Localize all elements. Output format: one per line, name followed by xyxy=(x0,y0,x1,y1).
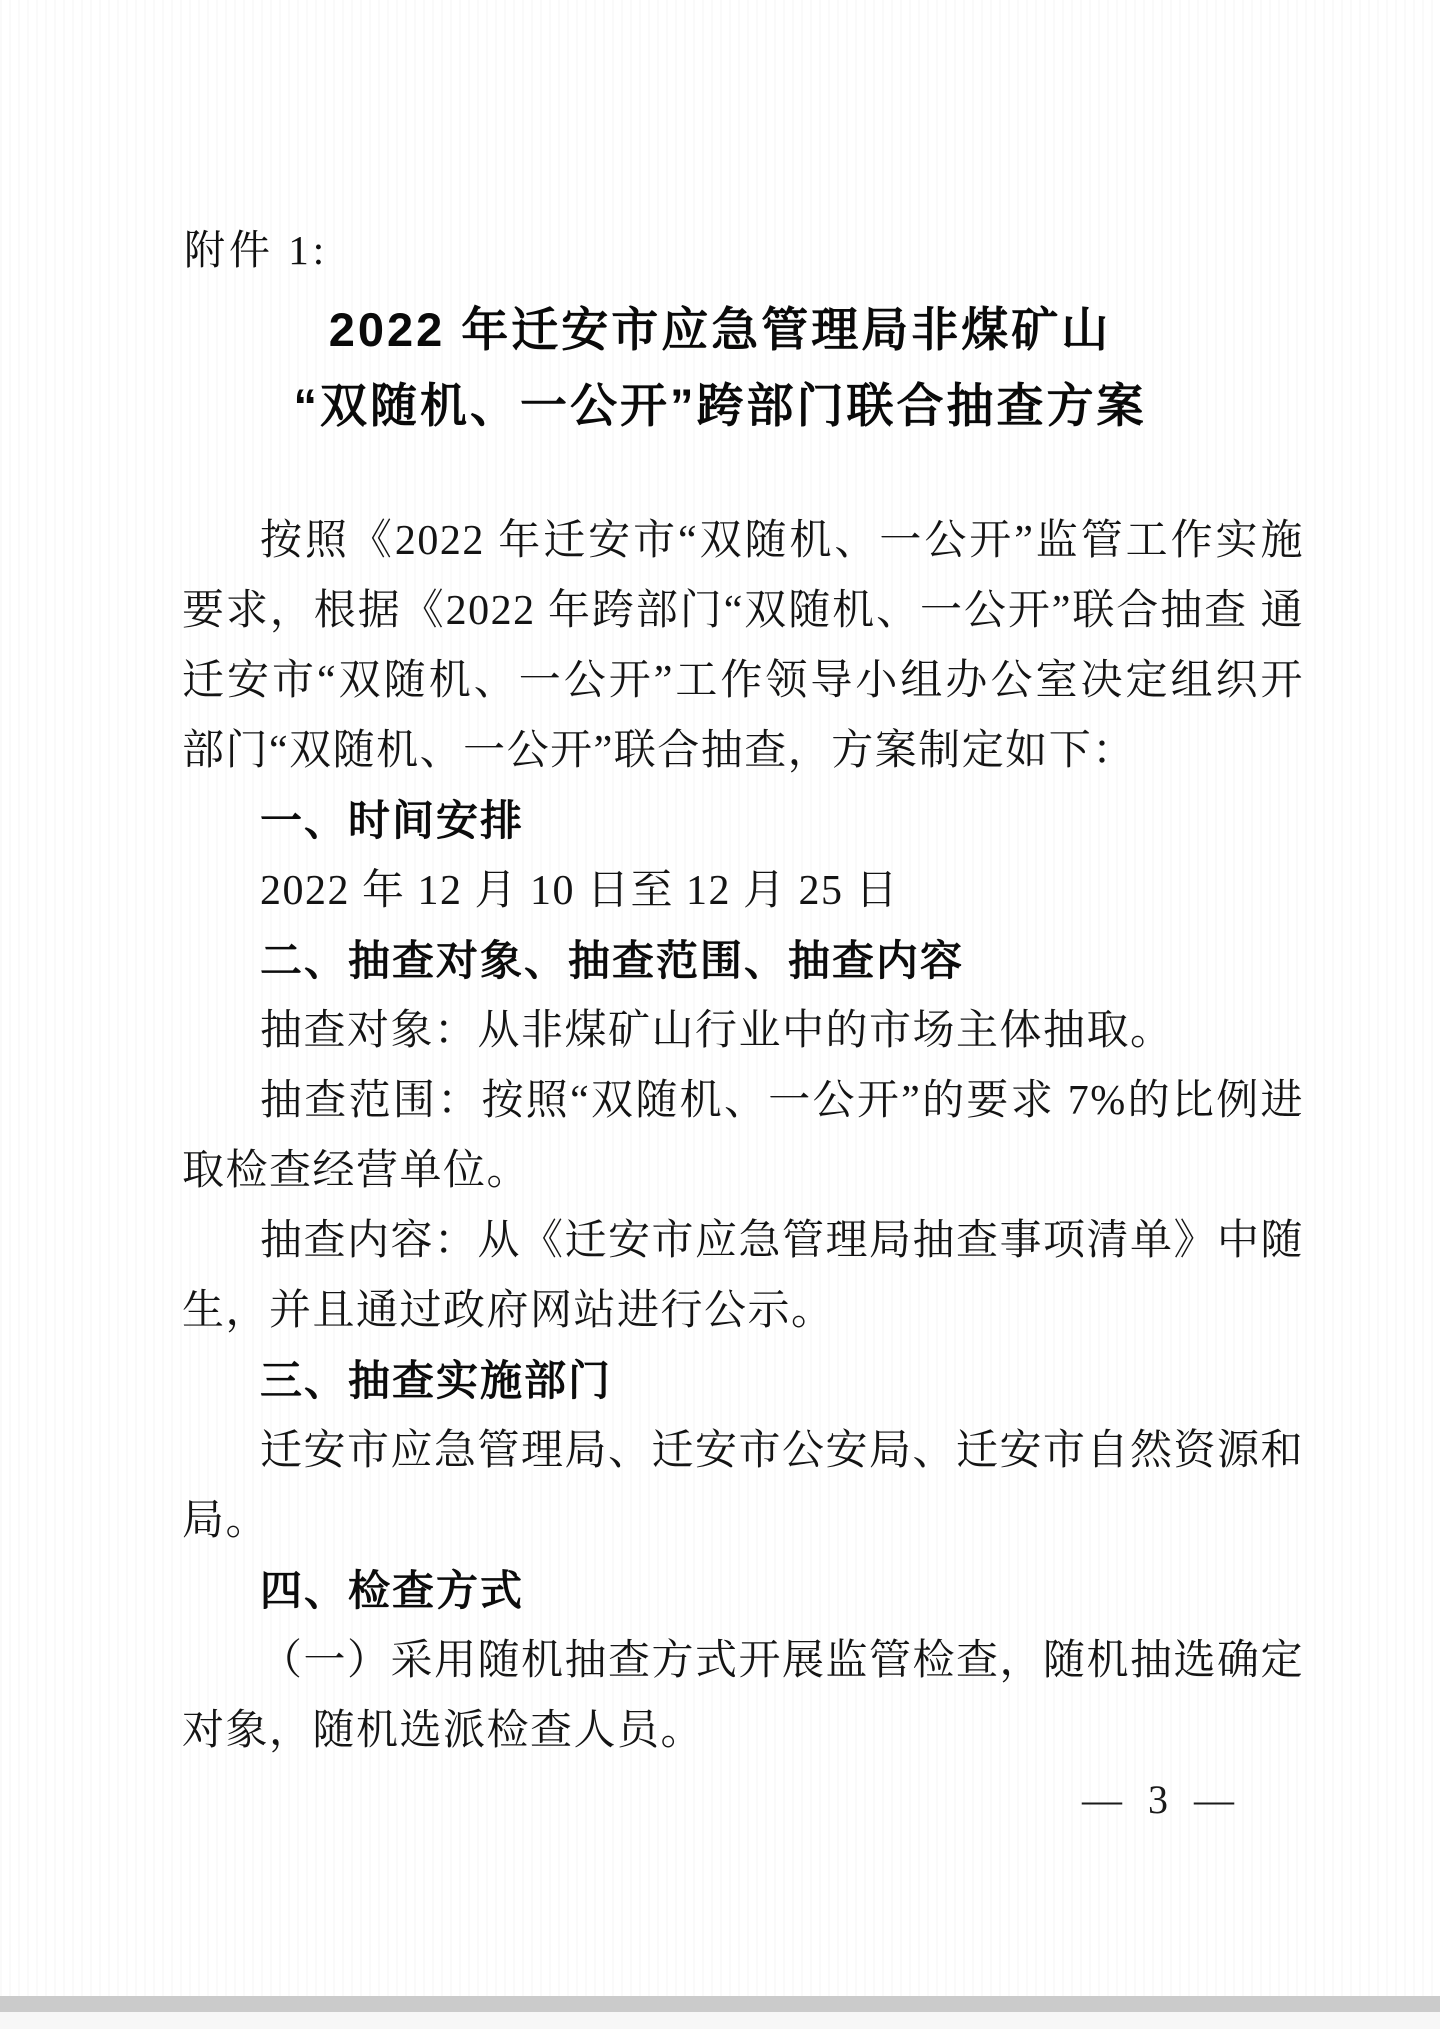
document-line: 部门“双随机、一公开”联合抽查，方案制定如下： xyxy=(182,716,1304,786)
document-line: 取检查经营单位。 xyxy=(182,1136,1304,1206)
document-line: （一）采用随机抽查方式开展监管检查，随机抽选确定检查 xyxy=(182,1626,1304,1696)
document-line: 2022 年 12 月 10 日至 12 月 25 日 xyxy=(182,856,1304,926)
document-title-line1: 2022 年迁安市应急管理局非煤矿山 xyxy=(60,292,1380,368)
page-number: — 3 — xyxy=(1082,1776,1242,1824)
document-line: 迁安市应急管理局、迁安市公安局、迁安市自然资源和规划 xyxy=(182,1416,1304,1486)
scan-edge-band xyxy=(0,1996,1440,2012)
section-heading: 三、抽查实施部门 xyxy=(182,1346,1304,1416)
document-title-line2: “双随机、一公开”跨部门联合抽查方案 xyxy=(60,368,1380,444)
document-line: 按照《2022 年迁安市“双随机、一公开”监管工作实施方案》 xyxy=(182,506,1304,576)
document-line: 迁安市“双随机、一公开”工作领导小组办公室决定组织开展跨 xyxy=(182,646,1304,716)
document-line: 要求，根据《2022 年跨部门“双随机、一公开”联合抽查 通知》， xyxy=(182,576,1304,646)
scanned-document-page: 附件 1: 2022 年迁安市应急管理局非煤矿山 “双随机、一公开”跨部门联合抽… xyxy=(0,0,1440,2029)
document-line: 抽查内容：从《迁安市应急管理局抽查事项清单》中随机产 xyxy=(182,1206,1304,1276)
scan-edge-footer xyxy=(0,2012,1440,2029)
document-line: 抽查范围：按照“双随机、一公开”的要求 7%的比例进行抽 xyxy=(182,1066,1304,1136)
document-title: 2022 年迁安市应急管理局非煤矿山 “双随机、一公开”跨部门联合抽查方案 xyxy=(60,292,1380,444)
section-heading: 一、时间安排 xyxy=(182,786,1304,856)
document-body: 按照《2022 年迁安市“双随机、一公开”监管工作实施方案》要求，根据《2022… xyxy=(182,506,1304,1766)
document-line: 对象，随机选派检查人员。 xyxy=(182,1696,1304,1766)
section-heading: 四、检查方式 xyxy=(182,1556,1304,1626)
document-line: 抽查对象：从非煤矿山行业中的市场主体抽取。 xyxy=(182,996,1304,1066)
document-line: 局。 xyxy=(182,1486,1304,1556)
section-heading: 二、抽查对象、抽查范围、抽查内容 xyxy=(182,926,1304,996)
document-line: 生，并且通过政府网站进行公示。 xyxy=(182,1276,1304,1346)
attachment-label: 附件 1: xyxy=(184,224,328,276)
